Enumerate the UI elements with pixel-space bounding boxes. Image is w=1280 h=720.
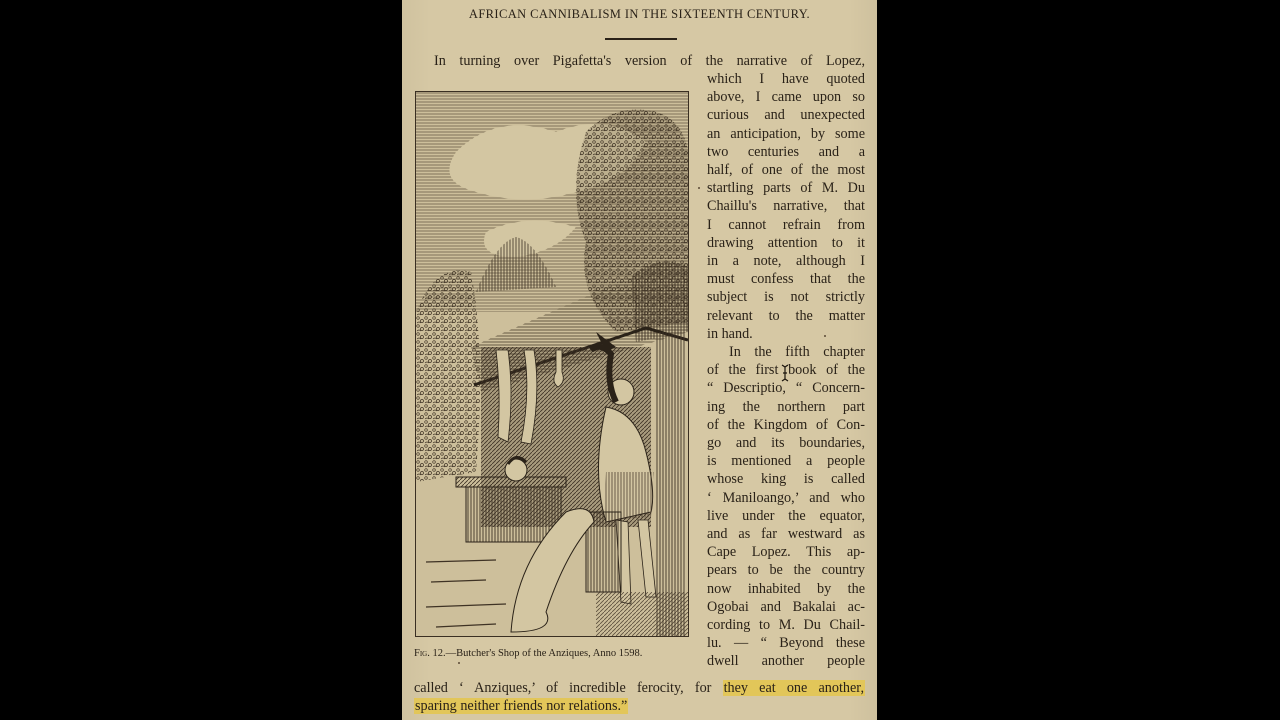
text-line: In the fifth chapter: [729, 343, 865, 361]
text-line: in hand.: [707, 325, 865, 343]
text-line: and as far westward as: [707, 525, 865, 543]
butcher-shop-engraving-image: [416, 92, 689, 637]
text-line: two centuries and a: [707, 143, 865, 161]
bottom-line-plain: called ‘ Anziques,’ of incredible feroci…: [414, 680, 723, 696]
text-line: in a note, although I: [707, 252, 865, 270]
text-line: drawing attention to it: [707, 234, 865, 252]
text-line: pears to be the country: [707, 561, 865, 579]
figure-caption-text: —Butcher's Shop of the Anziques, Anno 15…: [446, 648, 643, 659]
text-line: whose king is called: [707, 470, 865, 488]
highlighted-text[interactable]: they eat one another,: [723, 680, 865, 696]
text-line: now inhabited by the: [707, 580, 865, 598]
title-rule: [605, 38, 677, 40]
text-line: which I have quoted: [707, 70, 865, 88]
running-head: AFRICAN CANNIBALISM IN THE SIXTEENTH CEN…: [402, 7, 877, 22]
text-line: is mentioned a people: [707, 452, 865, 470]
text-line: go and its boundaries,: [707, 434, 865, 452]
document-viewer: AFRICAN CANNIBALISM IN THE SIXTEENTH CEN…: [0, 0, 1280, 720]
text-line: startling parts of M. Du: [707, 179, 865, 197]
text-line-bottom-2: sparing neither friends nor relations.”: [414, 697, 865, 715]
paper-speck: [824, 335, 826, 337]
paper-speck: [458, 662, 460, 664]
figure-caption: Fig. 12.—Butcher's Shop of the Anziques,…: [414, 648, 642, 659]
text-line: cording to M. Du Chail-: [707, 616, 865, 634]
text-line: relevant to the matter: [707, 307, 865, 325]
text-line: Ogobai and Bakalai ac-: [707, 598, 865, 616]
text-line: “ Descriptio, “ Concern-: [707, 379, 865, 397]
text-line-bottom-1: called ‘ Anziques,’ of incredible feroci…: [414, 679, 865, 697]
text-line: dwell another people: [707, 652, 865, 670]
paper-speck: [698, 187, 700, 189]
book-page: AFRICAN CANNIBALISM IN THE SIXTEENTH CEN…: [402, 0, 877, 720]
text-line: Chaillu's narrative, that: [707, 197, 865, 215]
text-line: subject is not strictly: [707, 288, 865, 306]
text-line: lu. — “ Beyond these: [707, 634, 865, 652]
woodcut-illustration: [415, 91, 689, 637]
text-line-opening: In turning over Pigafetta's version of t…: [434, 52, 865, 70]
text-line: live under the equator,: [707, 507, 865, 525]
text-line: half, of one of the most: [707, 161, 865, 179]
text-line: above, I came upon so: [707, 88, 865, 106]
text-cursor-icon: [780, 364, 790, 382]
text-line: must confess that the: [707, 270, 865, 288]
text-line: I cannot refrain from: [707, 216, 865, 234]
figure-label: Fig. 12.: [414, 648, 446, 659]
text-line: curious and unexpected: [707, 106, 865, 124]
text-line: an anticipation, by some: [707, 125, 865, 143]
text-line: Cape Lopez. This ap-: [707, 543, 865, 561]
text-line: ‘ Maniloango,’ and who: [707, 489, 865, 507]
highlighted-text[interactable]: sparing neither friends nor relations.”: [414, 698, 628, 714]
text-line: ing the northern part: [707, 398, 865, 416]
text-line: of the Kingdom of Con-: [707, 416, 865, 434]
